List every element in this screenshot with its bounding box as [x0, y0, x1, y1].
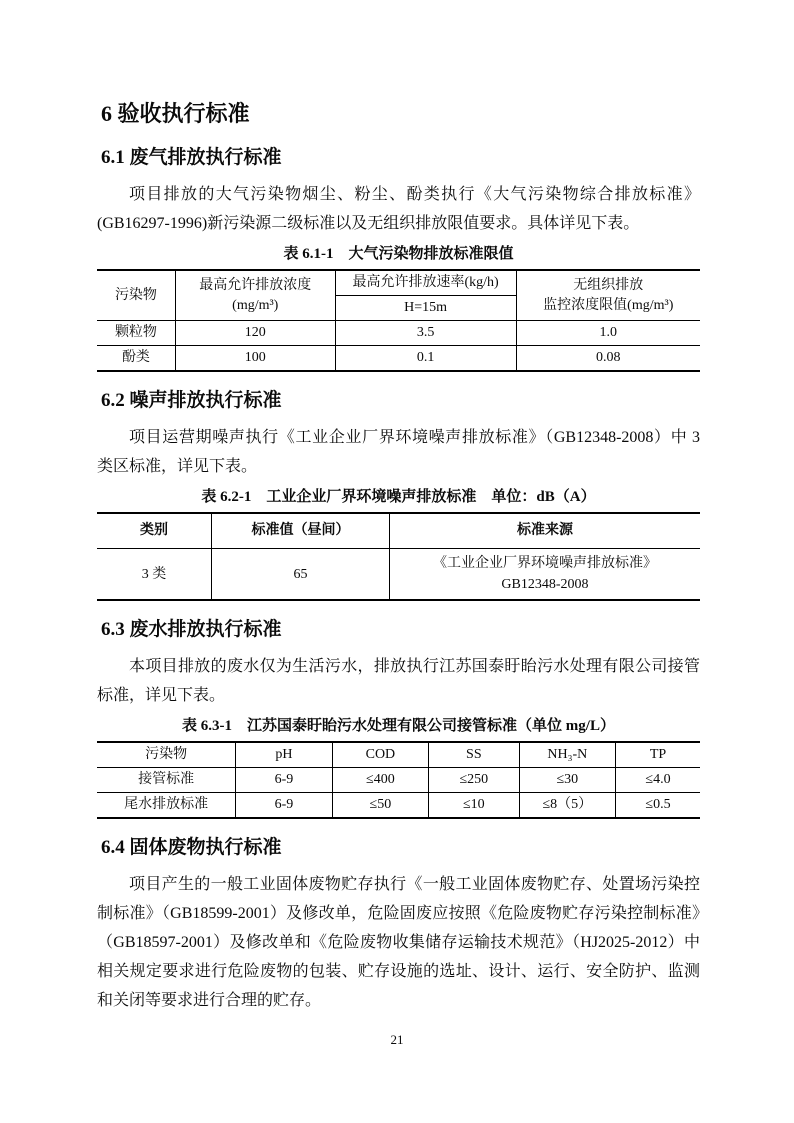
cell-ph: 6-9: [236, 793, 332, 819]
section-6-1-heading: 6.1 废气排放执行标准: [101, 145, 700, 170]
section-6-3-paragraph: 本项目排放的废水仅为生活污水，排放执行江苏国泰盱眙污水处理有限公司接管标准，详见…: [97, 652, 700, 710]
table-6-2-1-caption: 表 6.2-1 工业企业厂界环境噪声排放标准 单位：dB（A）: [97, 487, 700, 508]
cell-standard-label: 尾水排放标准: [97, 793, 236, 819]
header-rate-height: H=15m: [335, 296, 516, 321]
table-row: 污染物 最高允许排放浓度 (mg/m³) 最高允许排放速率(kg/h) 无组织排…: [97, 270, 700, 296]
header-max-rate: 最高允许排放速率(kg/h): [335, 270, 516, 296]
header-nh3n: NH₃-N: [519, 742, 615, 768]
cell-ph: 6-9: [236, 768, 332, 793]
cell-tp: ≤4.0: [616, 768, 700, 793]
header-unorganized-limit: 无组织排放 监控浓度限值(mg/m³): [516, 270, 700, 321]
cell-max-rate: 0.1: [335, 346, 516, 372]
table-row: 污染物 pH COD SS NH₃-N TP: [97, 742, 700, 768]
table-6-1-1-caption: 表 6.1-1 大气污染物排放标准限值: [97, 244, 700, 265]
cell-nh3n: ≤8（5）: [519, 793, 615, 819]
cell-nh3n: ≤30: [519, 768, 615, 793]
table-6-2-1: 类别 标准值（昼间） 标准来源 3 类 65 《工业企业厂界环境噪声排放标准》 …: [97, 512, 700, 601]
cell-max-rate: 3.5: [335, 321, 516, 346]
cell-max-concentration: 120: [175, 321, 335, 346]
table-6-3-1: 污染物 pH COD SS NH₃-N TP 接管标准 6-9 ≤400 ≤25…: [97, 741, 700, 819]
table-row: 酚类 100 0.1 0.08: [97, 346, 700, 372]
section-6-2-heading: 6.2 噪声排放执行标准: [101, 388, 700, 413]
section-6-2-paragraph: 项目运营期噪声执行《工业企业厂界环境噪声排放标准》（GB12348-2008）中…: [97, 423, 700, 481]
cell-tp: ≤0.5: [616, 793, 700, 819]
header-ss: SS: [429, 742, 519, 768]
section-6-4-heading: 6.4 固体废物执行标准: [101, 835, 700, 860]
header-category: 类别: [97, 513, 212, 549]
header-pollutant: 污染物: [97, 742, 236, 768]
cell-unorganized-limit: 1.0: [516, 321, 700, 346]
table-row: 接管标准 6-9 ≤400 ≤250 ≤30 ≤4.0: [97, 768, 700, 793]
header-tp: TP: [616, 742, 700, 768]
cell-unorganized-limit: 0.08: [516, 346, 700, 372]
cell-ss: ≤250: [429, 768, 519, 793]
section-6-4-paragraph: 项目产生的一般工业固体废物贮存执行《一般工业固体废物贮存、处置场污染控制标准》（…: [97, 870, 700, 1015]
header-ph: pH: [236, 742, 332, 768]
cell-category: 3 类: [97, 549, 212, 601]
cell-ss: ≤10: [429, 793, 519, 819]
cell-source: 《工业企业厂界环境噪声排放标准》 GB12348-2008: [389, 549, 700, 601]
header-pollutant: 污染物: [97, 270, 175, 321]
table-6-1-1: 污染物 最高允许排放浓度 (mg/m³) 最高允许排放速率(kg/h) 无组织排…: [97, 269, 700, 372]
cell-pollutant: 颗粒物: [97, 321, 175, 346]
section-6-3-heading: 6.3 废水排放执行标准: [101, 617, 700, 642]
cell-value-day: 65: [212, 549, 390, 601]
section-6-1-paragraph: 项目排放的大气污染物烟尘、粉尘、酚类执行《大气污染物综合排放标准》(GB1629…: [97, 180, 700, 238]
header-source: 标准来源: [389, 513, 700, 549]
table-row: 3 类 65 《工业企业厂界环境噪声排放标准》 GB12348-2008: [97, 549, 700, 601]
header-max-concentration: 最高允许排放浓度 (mg/m³): [175, 270, 335, 321]
table-row: 类别 标准值（昼间） 标准来源: [97, 513, 700, 549]
table-row: 尾水排放标准 6-9 ≤50 ≤10 ≤8（5） ≤0.5: [97, 793, 700, 819]
document-page: 6 验收执行标准 6.1 废气排放执行标准 项目排放的大气污染物烟尘、粉尘、酚类…: [0, 0, 794, 1123]
header-cod: COD: [332, 742, 428, 768]
cell-max-concentration: 100: [175, 346, 335, 372]
table-6-3-1-caption: 表 6.3-1 江苏国泰盱眙污水处理有限公司接管标准（单位 mg/L）: [97, 716, 700, 737]
cell-pollutant: 酚类: [97, 346, 175, 372]
cell-standard-label: 接管标准: [97, 768, 236, 793]
chapter-heading: 6 验收执行标准: [101, 100, 700, 127]
cell-cod: ≤50: [332, 793, 428, 819]
header-value-day: 标准值（昼间）: [212, 513, 390, 549]
cell-cod: ≤400: [332, 768, 428, 793]
page-number: 21: [0, 1032, 794, 1048]
table-row: 颗粒物 120 3.5 1.0: [97, 321, 700, 346]
